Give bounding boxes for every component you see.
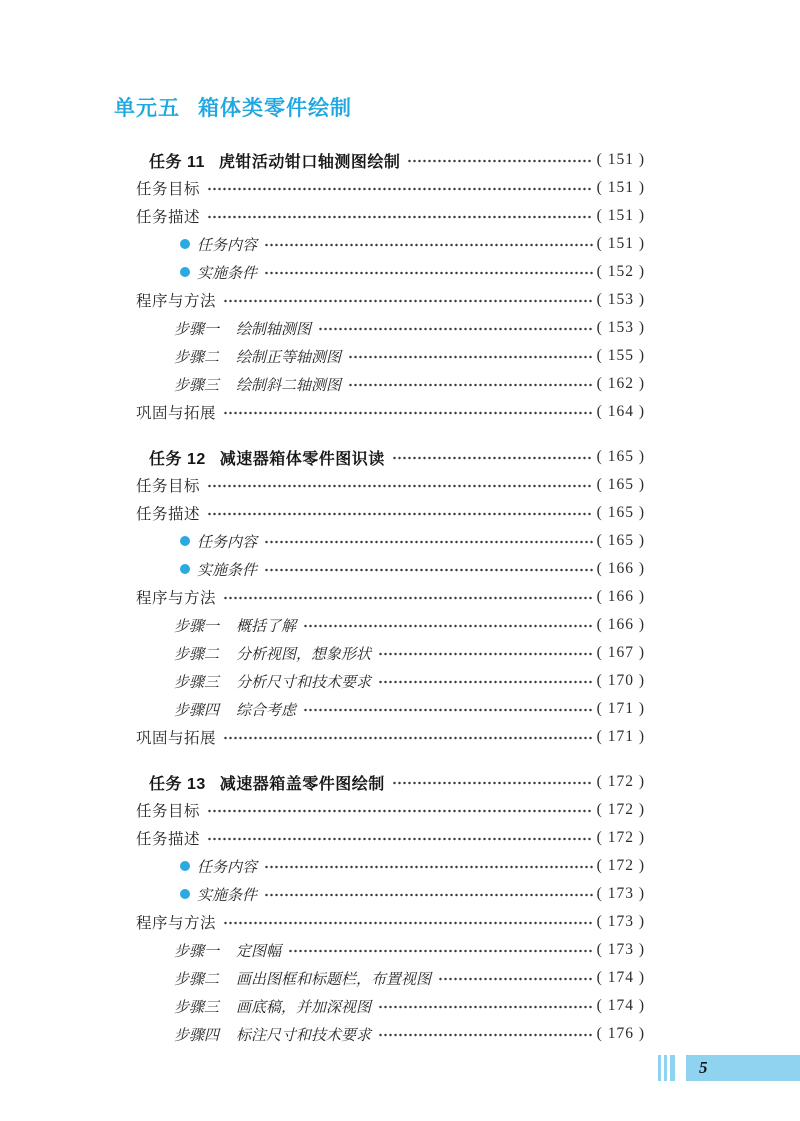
toc-entry: 实施条件( 152 ) (136, 258, 645, 286)
toc-step-number: 步骤一 (174, 615, 219, 636)
bullet-icon (180, 564, 190, 574)
toc-section: 任务 11虎钳活动钳口轴测图绘制( 151 )任务目标( 151 )任务描述( … (136, 146, 645, 426)
toc-entry-label: 绘制轴测图 (236, 318, 311, 339)
toc-task-title: 减速器箱盖零件图绘制 (220, 771, 385, 794)
dotted-leader (207, 804, 593, 818)
toc-entry: 程序与方法( 166 ) (136, 583, 645, 611)
toc-entry-page: ( 171 ) (597, 700, 645, 718)
toc-entry: 任务目标( 151 ) (136, 174, 645, 202)
toc-step-number: 步骤一 (174, 940, 219, 961)
toc-entry: 实施条件( 173 ) (136, 880, 645, 908)
toc-entry-label: 任务内容 (197, 531, 257, 552)
toc-entry: 步骤三画底稿，并加深视图( 174 ) (136, 992, 645, 1020)
toc-entry: 任务 13减速器箱盖零件图绘制( 172 ) (136, 768, 645, 796)
toc-entry-label: 实施条件 (197, 884, 257, 905)
dotted-leader (264, 860, 593, 874)
toc-entry-page: ( 152 ) (597, 263, 645, 281)
toc-entry: 步骤一绘制轴测图( 153 ) (136, 314, 645, 342)
dotted-leader (303, 619, 593, 633)
unit-title-text: 箱体类零件绘制 (198, 97, 352, 120)
toc-entry-label: 实施条件 (197, 559, 257, 580)
toc-entry-label: 定图幅 (236, 940, 281, 961)
toc-entry-label: 任务描述 (136, 827, 200, 849)
toc-entry-label: 分析尺寸和技术要求 (236, 671, 371, 692)
dotted-leader (264, 266, 593, 280)
toc-entry-label: 任务描述 (136, 205, 200, 227)
dotted-leader (407, 154, 592, 168)
bullet-icon (180, 861, 190, 871)
toc-entry-label: 画底稿，并加深视图 (236, 996, 371, 1017)
toc-entry-label: 概括了解 (236, 615, 296, 636)
toc-entry-label: 程序与方法 (136, 911, 216, 933)
dotted-leader (378, 1028, 593, 1042)
toc-entry-page: ( 167 ) (597, 644, 645, 662)
toc-entry-page: ( 173 ) (597, 941, 645, 959)
toc-entry: 步骤二分析视图，想象形状( 167 ) (136, 639, 645, 667)
toc-entry-page: ( 174 ) (597, 969, 645, 987)
dotted-leader (288, 944, 593, 958)
toc-entry-page: ( 165 ) (597, 476, 645, 494)
toc-entry: 任务 12减速器箱体零件图识读( 165 ) (136, 443, 645, 471)
dotted-leader (348, 350, 593, 364)
dotted-leader (392, 776, 593, 790)
toc-entry-page: ( 172 ) (597, 829, 645, 847)
toc-entry-page: ( 151 ) (597, 235, 645, 253)
dotted-leader (378, 675, 593, 689)
bullet-icon (180, 889, 190, 899)
dotted-leader (223, 591, 593, 605)
toc-entry-label: 分析视图，想象形状 (236, 643, 371, 664)
dotted-leader (318, 322, 593, 336)
toc-section: 任务 13减速器箱盖零件图绘制( 172 )任务目标( 172 )任务描述( 1… (136, 768, 645, 1048)
toc-entry-page: ( 173 ) (597, 885, 645, 903)
dotted-leader (392, 451, 593, 465)
page-number-badge: 5 (686, 1055, 800, 1081)
dotted-leader (264, 888, 593, 902)
toc-entry: 程序与方法( 153 ) (136, 286, 645, 314)
toc-entry-page: ( 171 ) (597, 728, 645, 746)
toc-entry: 任务内容( 151 ) (136, 230, 645, 258)
toc-entry-label: 任务目标 (136, 799, 200, 821)
footer-bar-icon (658, 1055, 661, 1081)
toc-entry-page: ( 151 ) (597, 151, 645, 169)
toc-entry-page: ( 166 ) (597, 616, 645, 634)
dotted-leader (207, 479, 593, 493)
toc-entry-label: 任务目标 (136, 474, 200, 496)
toc-entry: 任务目标( 165 ) (136, 471, 645, 499)
toc-entry: 程序与方法( 173 ) (136, 908, 645, 936)
page-number: 5 (699, 1058, 708, 1078)
toc-entry: 任务描述( 151 ) (136, 202, 645, 230)
dotted-leader (223, 406, 593, 420)
toc-entry-label: 巩固与拓展 (136, 401, 216, 423)
toc-entry-page: ( 153 ) (597, 319, 645, 337)
toc-entry-page: ( 162 ) (597, 375, 645, 393)
toc-entry: 步骤一概括了解( 166 ) (136, 611, 645, 639)
dotted-leader (207, 507, 593, 521)
toc-entry-label: 任务描述 (136, 502, 200, 524)
toc-task-number: 任务 13 (149, 771, 206, 794)
toc-entry: 任务 11虎钳活动钳口轴测图绘制( 151 ) (136, 146, 645, 174)
toc-entry-label: 程序与方法 (136, 289, 216, 311)
unit-title-label: 单元五 (114, 97, 180, 120)
toc-entry: 步骤三绘制斜二轴测图( 162 ) (136, 370, 645, 398)
bullet-icon (180, 239, 190, 249)
toc-entry-label: 标注尺寸和技术要求 (236, 1024, 371, 1045)
toc-entry-page: ( 170 ) (597, 672, 645, 690)
toc-entry-label: 实施条件 (197, 262, 257, 283)
toc-entry-label: 绘制正等轴测图 (236, 346, 341, 367)
toc-entry-page: ( 165 ) (597, 532, 645, 550)
toc-entry: 任务描述( 172 ) (136, 824, 645, 852)
footer-bar-icon (670, 1055, 675, 1081)
dotted-leader (438, 972, 593, 986)
dotted-leader (223, 731, 593, 745)
toc-entry: 任务内容( 172 ) (136, 852, 645, 880)
toc-task-title: 虎钳活动钳口轴测图绘制 (219, 149, 401, 172)
toc-entry: 任务内容( 165 ) (136, 527, 645, 555)
toc-entry: 实施条件( 166 ) (136, 555, 645, 583)
toc-entry-page: ( 166 ) (597, 560, 645, 578)
toc-entry-page: ( 155 ) (597, 347, 645, 365)
bullet-icon (180, 267, 190, 277)
toc-entry: 巩固与拓展( 171 ) (136, 723, 645, 751)
dotted-leader (207, 832, 593, 846)
toc-entry-label: 画出图框和标题栏，布置视图 (236, 968, 431, 989)
toc-entry-page: ( 172 ) (597, 801, 645, 819)
dotted-leader (207, 182, 593, 196)
toc-entry-page: ( 166 ) (597, 588, 645, 606)
toc-entry: 任务描述( 165 ) (136, 499, 645, 527)
toc-entry: 步骤二画出图框和标题栏，布置视图( 174 ) (136, 964, 645, 992)
toc-list: 任务 11虎钳活动钳口轴测图绘制( 151 )任务目标( 151 )任务描述( … (136, 146, 645, 1065)
dotted-leader (223, 916, 593, 930)
toc-entry-label: 综合考虑 (236, 699, 296, 720)
dotted-leader (223, 294, 593, 308)
dotted-leader (264, 563, 593, 577)
toc-entry: 步骤二绘制正等轴测图( 155 ) (136, 342, 645, 370)
toc-entry-page: ( 173 ) (597, 913, 645, 931)
toc-step-number: 步骤四 (174, 699, 219, 720)
toc-entry-label: 程序与方法 (136, 586, 216, 608)
toc-entry-page: ( 176 ) (597, 1025, 645, 1043)
toc-section: 任务 12减速器箱体零件图识读( 165 )任务目标( 165 )任务描述( 1… (136, 443, 645, 751)
dotted-leader (264, 535, 593, 549)
dotted-leader (264, 238, 593, 252)
toc-step-number: 步骤一 (174, 318, 219, 339)
dotted-leader (378, 647, 593, 661)
toc-entry: 步骤四标注尺寸和技术要求( 176 ) (136, 1020, 645, 1048)
toc-entry: 步骤三分析尺寸和技术要求( 170 ) (136, 667, 645, 695)
toc-entry-page: ( 153 ) (597, 291, 645, 309)
toc-entry-page: ( 151 ) (597, 207, 645, 225)
toc-entry-page: ( 172 ) (597, 857, 645, 875)
toc-entry-page: ( 165 ) (597, 448, 645, 466)
toc-step-number: 步骤二 (174, 643, 219, 664)
dotted-leader (207, 210, 593, 224)
bullet-icon (180, 536, 190, 546)
toc-entry: 任务目标( 172 ) (136, 796, 645, 824)
toc-entry-page: ( 172 ) (597, 773, 645, 791)
footer-bar-icon (664, 1055, 667, 1081)
toc-entry-page: ( 151 ) (597, 179, 645, 197)
toc-entry: 巩固与拓展( 164 ) (136, 398, 645, 426)
dotted-leader (348, 378, 593, 392)
toc-step-number: 步骤二 (174, 346, 219, 367)
toc-task-number: 任务 11 (149, 149, 205, 172)
toc-entry-label: 巩固与拓展 (136, 726, 216, 748)
toc-entry-label: 任务内容 (197, 856, 257, 877)
toc-entry-label: 绘制斜二轴测图 (236, 374, 341, 395)
toc-step-number: 步骤二 (174, 968, 219, 989)
dotted-leader (303, 703, 593, 717)
toc-task-number: 任务 12 (149, 446, 206, 469)
toc-step-number: 步骤三 (174, 671, 219, 692)
toc-entry-page: ( 174 ) (597, 997, 645, 1015)
toc-task-title: 减速器箱体零件图识读 (220, 446, 385, 469)
toc-step-number: 步骤四 (174, 1024, 219, 1045)
toc-entry-label: 任务内容 (197, 234, 257, 255)
toc-entry-label: 任务目标 (136, 177, 200, 199)
toc-step-number: 步骤三 (174, 996, 219, 1017)
toc-entry: 步骤四综合考虑( 171 ) (136, 695, 645, 723)
toc-step-number: 步骤三 (174, 374, 219, 395)
toc-entry: 步骤一定图幅( 173 ) (136, 936, 645, 964)
toc-entry-page: ( 164 ) (597, 403, 645, 421)
toc-entry-page: ( 165 ) (597, 504, 645, 522)
dotted-leader (378, 1000, 593, 1014)
unit-title: 单元五箱体类零件绘制 (114, 96, 352, 122)
toc-page: 单元五箱体类零件绘制 任务 11虎钳活动钳口轴测图绘制( 151 )任务目标( … (0, 0, 800, 1121)
